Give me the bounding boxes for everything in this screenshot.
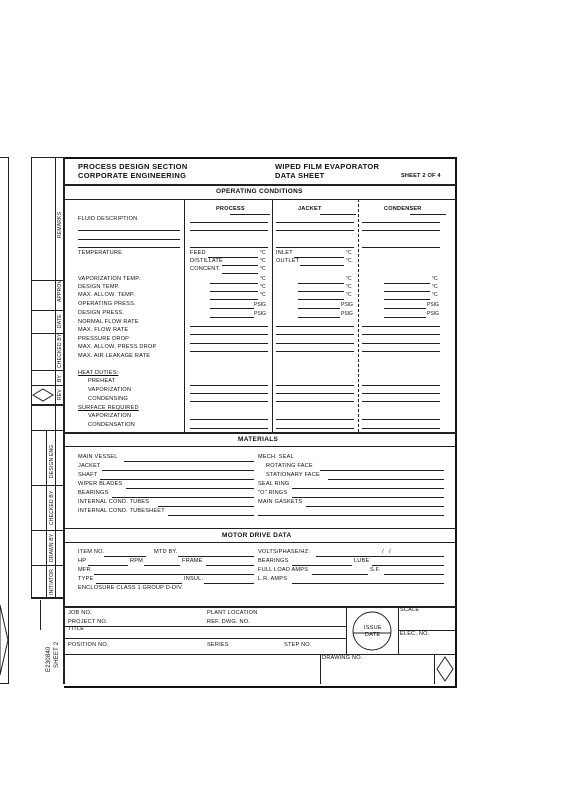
hp-field[interactable] [88, 565, 128, 566]
field-line[interactable] [190, 351, 268, 352]
revision-diamond-icon [436, 656, 454, 682]
concent-field[interactable] [222, 273, 258, 274]
unit-c: °C [346, 250, 352, 256]
condensing-label: CONDENSING [88, 396, 128, 403]
internal-cond-tubesheet-field[interactable] [168, 515, 254, 516]
issue-label: ISSUE [364, 625, 382, 632]
side-strip-outer [31, 157, 32, 597]
item-no-label: ITEM NO. [78, 549, 104, 556]
jacket-material-label: JACKET [78, 463, 101, 470]
fluid-line[interactable] [190, 222, 268, 223]
unit-c: °C [432, 284, 438, 290]
title-label: TITLE [68, 626, 84, 633]
date-label: DATE [57, 314, 63, 328]
prev-sheet-diamond-icon [0, 600, 9, 680]
field-line[interactable] [298, 299, 344, 300]
lr-amps-label: L.R. AMPS [258, 576, 287, 583]
field-line[interactable] [362, 393, 440, 394]
mtd-by-label: MTD BY. [154, 549, 177, 556]
unit-c: °C [346, 276, 352, 282]
distillate-label: DISTILLATE [190, 258, 223, 265]
motor-divider [64, 528, 456, 529]
unit-c: °C [346, 284, 352, 290]
checked-by-label: CHECKED BY [57, 333, 63, 368]
side-row [31, 597, 63, 599]
temperature-label: TEMPERATURE [78, 250, 122, 257]
unit-psig: PSIG [254, 311, 266, 317]
field-line[interactable] [362, 334, 440, 335]
mfr-field[interactable] [94, 574, 254, 575]
unit-c: °C [260, 258, 266, 264]
prev-sheet-line [0, 157, 9, 158]
scale-label: SCALE [400, 607, 419, 614]
field-line[interactable] [384, 317, 426, 318]
design-eng-label: DESIGN ENG. [49, 443, 55, 478]
unit-c: °C [260, 266, 266, 272]
col-header-rule [410, 214, 446, 215]
materials-title-divider [64, 446, 456, 447]
full-load-amps-field[interactable] [312, 574, 368, 575]
field-line[interactable] [190, 334, 268, 335]
field-line[interactable] [362, 385, 440, 386]
field-line[interactable] [298, 308, 340, 309]
wiper-blades-field[interactable] [126, 488, 254, 489]
unit-psig: PSIG [427, 302, 439, 308]
document-title: WIPED FILM EVAPORATOR [275, 162, 379, 171]
rotating-face-field[interactable] [320, 470, 444, 471]
type-label: TYPE [78, 576, 93, 583]
lube-label: LUBE [354, 558, 369, 565]
field-line[interactable] [190, 393, 268, 394]
side-row [31, 310, 63, 311]
bearings-field[interactable] [292, 565, 352, 566]
motor-title-divider [64, 542, 456, 543]
title-rule [64, 654, 456, 655]
field-line[interactable] [362, 343, 440, 344]
main-vessel-field[interactable] [124, 461, 254, 462]
sheet-number: SHEET 2 OF 4 [401, 173, 441, 180]
o-rings-label: "O" RINGS [258, 490, 287, 497]
seal-ring-field[interactable] [292, 488, 444, 489]
mfr-label: MFR. [78, 567, 92, 574]
enclosure-label: ENCLOSURE CLASS 1 GROUP D-DIV. [78, 585, 183, 592]
fluid-line[interactable] [362, 230, 440, 231]
volts-field[interactable] [316, 556, 444, 557]
surface-required-label: SURFACE REQUIRED [78, 405, 139, 412]
drawn-by-label: DRAWN BY [49, 534, 55, 562]
field-line[interactable] [276, 401, 354, 402]
prev-sheet-line [0, 683, 9, 684]
unit-psig: PSIG [341, 311, 353, 317]
drawing-no-label: DRAWING NO. [322, 655, 363, 662]
field-line[interactable] [276, 343, 354, 344]
fluid-line[interactable] [78, 247, 180, 248]
max-allow-temp-label: MAX. ALLOW. TEMP. [78, 292, 135, 299]
field-line[interactable] [210, 291, 258, 292]
fluid-line[interactable] [276, 222, 354, 223]
sheet-label-vertical: SHEET 2 [54, 642, 60, 668]
field-line[interactable] [362, 419, 440, 420]
max-allow-press-drop-label: MAX. ALLOW. PRESS DROP [78, 344, 156, 351]
design-press-label: DESIGN PRESS. [78, 310, 124, 317]
field-line[interactable] [362, 401, 440, 402]
col-header-jacket: JACKET [298, 206, 322, 213]
design-temp-label: DESIGN TEMP. [78, 284, 120, 291]
condensation-label: CONDENSATION [88, 422, 135, 429]
side-row [31, 485, 63, 486]
shaft-field[interactable] [100, 479, 254, 480]
sf-label: S.F. [370, 567, 380, 574]
field-line[interactable] [384, 283, 430, 284]
field-line[interactable] [210, 299, 258, 300]
field-line[interactable] [190, 419, 268, 420]
field-line[interactable] [276, 419, 354, 420]
col-divider-jacket [272, 199, 273, 432]
frame-label: FRAME [182, 558, 203, 565]
mtd-by-field[interactable] [178, 556, 254, 557]
side-row [31, 385, 63, 386]
field-line[interactable] [362, 428, 440, 429]
distillate-field[interactable] [222, 265, 258, 266]
department-name: CORPORATE ENGINEERING [78, 171, 186, 180]
unit-c: °C [260, 276, 266, 282]
field-line[interactable] [210, 317, 254, 318]
unit-psig: PSIG [341, 302, 353, 308]
motor-drive-title: MOTOR DRIVE DATA [222, 532, 291, 539]
field-line[interactable] [190, 326, 268, 327]
issue-box-left [346, 606, 347, 654]
o-rings-field[interactable] [292, 497, 444, 498]
col-divider-condenser [358, 199, 359, 432]
fluid-line[interactable] [362, 222, 440, 223]
field-line[interactable] [362, 351, 440, 352]
bearings-material-field[interactable] [112, 497, 254, 498]
field-line[interactable] [298, 283, 344, 284]
operating-press-label: OPERATING PRESS. [78, 301, 136, 308]
title-rule [64, 626, 346, 627]
by-label: BY [57, 375, 63, 382]
inlet-label: INLET [276, 250, 293, 257]
type-field[interactable] [96, 583, 182, 584]
side-top [31, 157, 63, 158]
volts-separator: / / [382, 549, 391, 556]
main-gaskets-field[interactable] [306, 506, 444, 507]
internal-cond-tubesheet-label: INTERNAL COND. TUBESHEET [78, 508, 165, 515]
hp-label: HP [78, 558, 86, 565]
fluid-line[interactable] [276, 247, 354, 248]
date-label: DATE [365, 632, 380, 639]
plant-location-label: PLANT LOCATION [207, 610, 257, 617]
frame-field[interactable] [206, 565, 254, 566]
outlet-field[interactable] [300, 265, 344, 266]
seal-ring-label: SEAL RING [258, 481, 289, 488]
item-no-field[interactable] [104, 556, 146, 557]
max-flow-rate-label: MAX. FLOW RATE [78, 327, 128, 334]
rev-label: REV [57, 389, 63, 400]
full-load-amps-label: FULL LOAD AMPS [258, 567, 308, 574]
wiper-blades-label: WIPER BLADES [78, 481, 122, 488]
internal-cond-tubes-label: INTERNAL COND. TUBES [78, 499, 149, 506]
side-bottom-left [40, 600, 41, 630]
field-line[interactable] [190, 385, 268, 386]
unit-c: °C [260, 250, 266, 256]
job-no-label: JOB NO. [68, 610, 92, 617]
side-divider [46, 430, 47, 598]
lube-field[interactable] [372, 565, 444, 566]
field-line[interactable] [298, 291, 344, 292]
outlet-label: OUTLET [276, 258, 299, 265]
unit-c: °C [260, 292, 266, 298]
side-strip-inner [55, 157, 56, 597]
max-air-leakage-rate-label: MAX. AIR LEAKAGE RATE [78, 353, 150, 360]
checked-by2-label: CHECKED BY [49, 490, 55, 525]
field-line[interactable] [384, 308, 426, 309]
field-line[interactable] [384, 299, 430, 300]
bearings-label: BEARINGS [258, 558, 289, 565]
rpm-field[interactable] [144, 565, 180, 566]
field-line[interactable] [276, 385, 354, 386]
unit-c: °C [346, 258, 352, 264]
inlet-field[interactable] [294, 257, 344, 258]
concent-label: CONCENT. [190, 266, 220, 273]
pressure-drop-label: PRESSURE DROP [78, 336, 129, 343]
lr-amps-field[interactable] [292, 583, 444, 584]
fluid-line[interactable] [362, 247, 440, 248]
ref-dwg-no-label: REF. DWG. NO. [207, 619, 250, 626]
rpm-label: RPM [130, 558, 143, 565]
drawing-no-right [434, 654, 435, 684]
rotating-face-label: ROTATING FACE [266, 463, 313, 470]
side-row [31, 565, 63, 566]
initiator-label: INITIATOR [49, 569, 55, 595]
col-divider-process [184, 199, 185, 432]
volts-label: VOLTS/PHASE/HZ: [258, 549, 310, 556]
unit-c: °C [432, 292, 438, 298]
insul-field[interactable] [204, 583, 254, 584]
main-vessel-label: MAIN VESSEL [78, 454, 118, 461]
unit-c: °C [346, 292, 352, 298]
approv-label: APPROV [57, 280, 63, 302]
main-gaskets-label: MAIN GASKETS [258, 499, 302, 506]
field-line[interactable] [276, 393, 354, 394]
fluid-line[interactable] [276, 230, 354, 231]
col-header-condenser: CONDENSER [384, 206, 422, 213]
field-line[interactable] [276, 351, 354, 352]
materials-divider [64, 432, 456, 434]
vaporization-temp-label: VAPORIZATION TEMP. [78, 276, 140, 283]
col-header-process: PROCESS [216, 206, 245, 213]
unit-psig: PSIG [254, 302, 266, 308]
normal-flow-rate-label: NORMAL FLOW RATE [78, 319, 139, 326]
shaft-label: SHAFT [78, 472, 97, 479]
unit-c: °C [432, 276, 438, 282]
extra-field[interactable] [258, 515, 444, 516]
field-line[interactable] [190, 428, 268, 429]
stationary-face-label: STATIONARY FACE [266, 472, 320, 479]
fluid-description-label: FLUID DESCRIPTION [78, 216, 137, 223]
document-subtitle: DATA SHEET [275, 171, 325, 180]
remarks-label: REMARKS [57, 212, 63, 238]
fluid-line[interactable] [78, 230, 180, 231]
fluid-line[interactable] [78, 239, 180, 240]
feed-label: FEED [190, 250, 206, 257]
elec-no-label: ELEC. NO. [400, 631, 429, 638]
preheat-label: PREHEAT [88, 378, 115, 385]
operating-conditions-title: OPERATING CONDITIONS [216, 188, 303, 195]
field-line[interactable] [276, 326, 354, 327]
unit-psig: PSIG [427, 311, 439, 317]
side-row [31, 530, 63, 531]
field-line[interactable] [276, 334, 354, 335]
insul-label: INSUL. [184, 576, 203, 583]
drawing-no-left [320, 654, 321, 684]
jacket-material-field[interactable] [102, 470, 254, 471]
dwg-no-vertical: E230840 [46, 647, 52, 672]
field-line[interactable] [190, 401, 268, 402]
stationary-face-field[interactable] [328, 479, 444, 480]
fluid-line[interactable] [190, 230, 268, 231]
position-no-label: POSITION NO. [68, 642, 109, 649]
hd-vaporization-label: VAPORIZATION [88, 387, 131, 394]
col-header-rule [320, 214, 356, 215]
side-row [31, 370, 63, 371]
project-no-label: PROJECT NO. [68, 619, 108, 626]
sr-vaporization-label: VAPORIZATION [88, 413, 131, 420]
title-rule [64, 638, 346, 639]
header-divider [64, 184, 456, 186]
field-line[interactable] [276, 428, 354, 429]
field-line[interactable] [362, 326, 440, 327]
col-header-rule [230, 214, 270, 215]
step-no-label: STEP NO. [284, 642, 312, 649]
bearings-material-label: BEARINGS [78, 490, 109, 497]
field-line[interactable] [210, 308, 254, 309]
materials-title: MATERIALS [238, 436, 278, 443]
field-line[interactable] [190, 343, 268, 344]
field-line[interactable] [298, 317, 340, 318]
series-label: SERIES [207, 642, 229, 649]
side-row [31, 404, 63, 406]
side-row [31, 430, 63, 431]
heat-duties-label: HEAT DUTIES: [78, 370, 118, 377]
rev-diamond-icon [32, 388, 54, 402]
field-line[interactable] [384, 291, 430, 292]
unit-c: °C [260, 284, 266, 290]
sf-field[interactable] [384, 574, 444, 575]
mech-seal-label: MECH. SEAL [258, 454, 294, 461]
field-line[interactable] [210, 283, 258, 284]
internal-cond-tubes-field[interactable] [158, 506, 254, 507]
section-name: PROCESS DESIGN SECTION [78, 162, 188, 171]
fluid-line[interactable] [190, 247, 268, 248]
op-title-divider [64, 199, 456, 200]
